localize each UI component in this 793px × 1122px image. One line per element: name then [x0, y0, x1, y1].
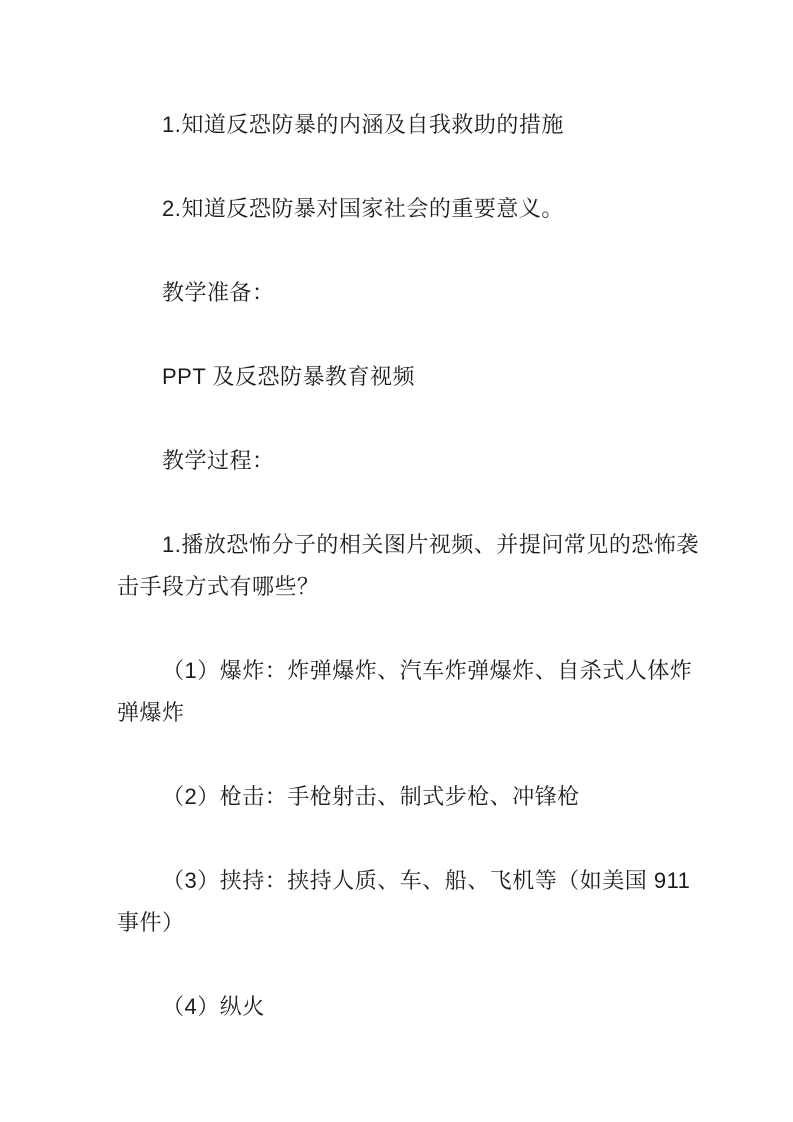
paragraph-attack-type-hijacking: （3）挟持：挟持人质、车、船、飞机等（如美国 911 事件）: [117, 860, 677, 944]
heading-teaching-process: 教学过程：: [117, 440, 677, 482]
paragraph-attack-type-shooting: （2）枪击：手枪射击、制式步枪、冲锋枪: [117, 776, 677, 818]
text-line: 教学准备：: [117, 272, 677, 314]
text-line: （2）枪击：手枪射击、制式步枪、冲锋枪: [117, 776, 677, 818]
heading-teaching-preparation: 教学准备：: [117, 272, 677, 314]
text-line: 教学过程：: [117, 440, 677, 482]
paragraph-attack-type-explosion: （1）爆炸：炸弹爆炸、汽车炸弹爆炸、自杀式人体炸 弹爆炸: [117, 650, 677, 734]
text-line: （4）纵火: [117, 986, 677, 1028]
text-line: 击手段方式有哪些？: [117, 566, 677, 608]
paragraph-attack-type-arson: （4）纵火: [117, 986, 677, 1028]
paragraph-objective-1: 1.知道反恐防暴的内涵及自我救助的措施: [117, 104, 677, 146]
paragraph-objective-2: 2.知道反恐防暴对国家社会的重要意义。: [117, 188, 677, 230]
text-line: PPT 及反恐防暴教育视频: [117, 356, 677, 398]
text-line: 1.播放恐怖分子的相关图片视频、并提问常见的恐怖袭: [117, 524, 677, 566]
document-page: 1.知道反恐防暴的内涵及自我救助的措施 2.知道反恐防暴对国家社会的重要意义。 …: [0, 0, 793, 1122]
text-line: （3）挟持：挟持人质、车、船、飞机等（如美国 911: [117, 860, 677, 902]
text-line: 弹爆炸: [117, 692, 677, 734]
text-line: 事件）: [117, 902, 677, 944]
text-line: （1）爆炸：炸弹爆炸、汽车炸弹爆炸、自杀式人体炸: [117, 650, 677, 692]
text-line: 1.知道反恐防暴的内涵及自我救助的措施: [117, 104, 677, 146]
paragraph-step1-question: 1.播放恐怖分子的相关图片视频、并提问常见的恐怖袭 击手段方式有哪些？: [117, 524, 677, 608]
paragraph-teaching-materials: PPT 及反恐防暴教育视频: [117, 356, 677, 398]
text-line: 2.知道反恐防暴对国家社会的重要意义。: [117, 188, 677, 230]
